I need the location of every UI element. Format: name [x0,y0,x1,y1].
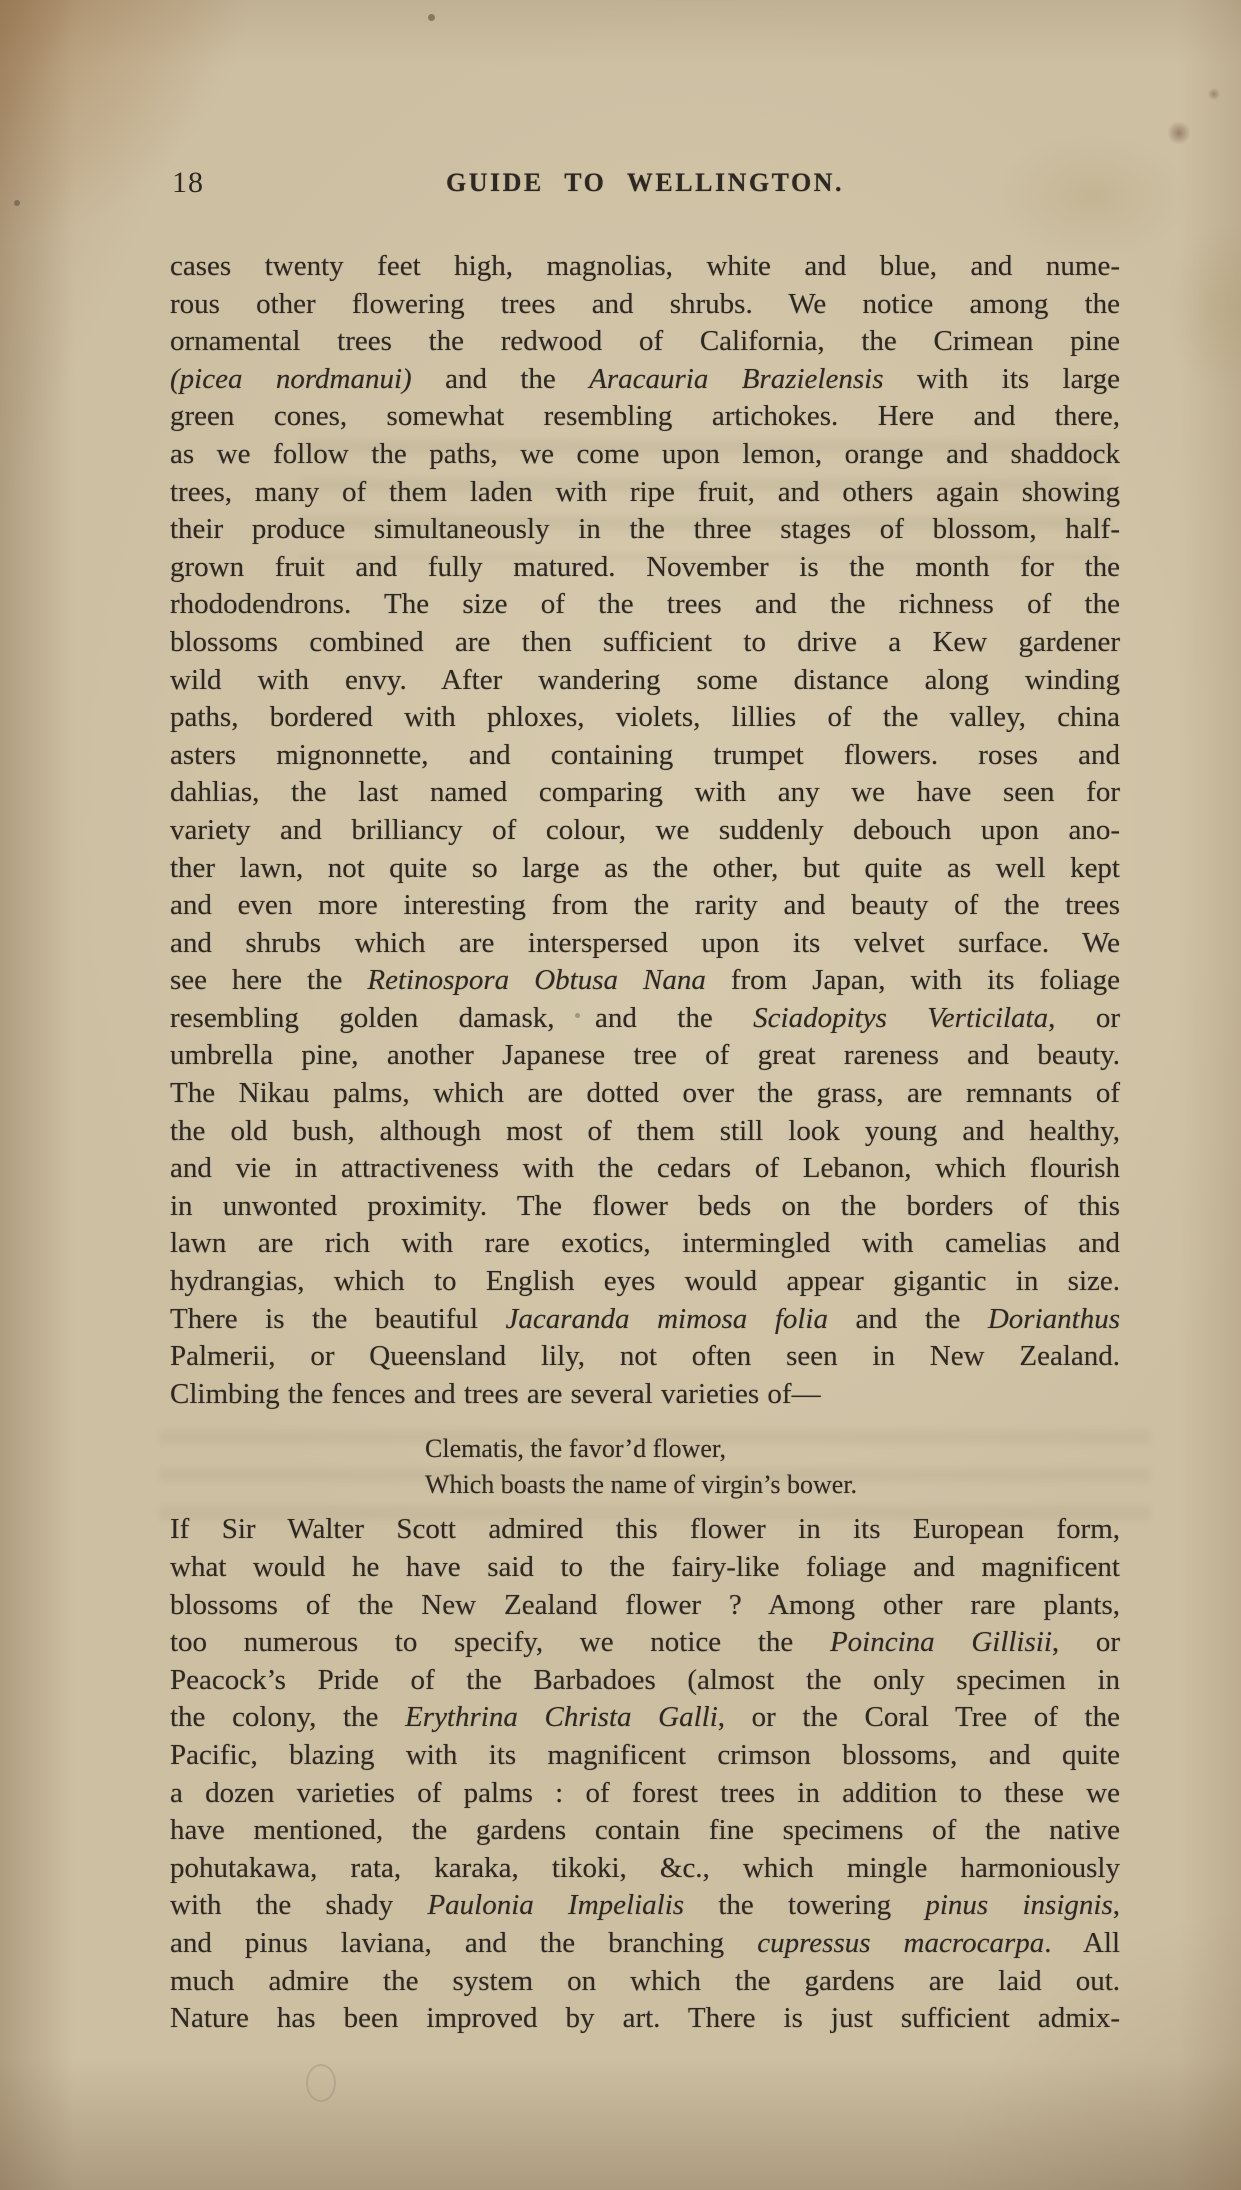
text-line: Nature has been improved by art. There i… [170,2000,1120,2038]
text-line: and vie in attractiveness with the cedar… [170,1150,1120,1188]
text-line: and pinus laviana, and the branching cup… [170,1925,1120,1963]
text-line: in unwonted proximity. The flower beds o… [170,1188,1120,1226]
text-segment: Nature has been improved by art. There i… [170,2002,1120,2034]
text-segment: with its large [883,363,1120,395]
text-line: with the shady Paulonia Impelialis the t… [170,1887,1120,1925]
text-line: variety and brilliancy of colour, we sud… [170,812,1120,850]
paper-speck [14,200,20,206]
text-line: pohutakawa, rata, karaka, tikoki, &c., w… [170,1850,1120,1888]
text-line: Peacock’s Pride of the Barbadoes (almost… [170,1662,1120,1700]
text-line: There is the beautiful Jacaranda mimosa … [170,1301,1120,1339]
latin-name-italic: Aracauria Brazielensis [589,363,883,395]
text-segment: cases twenty feet high, magnolias, white… [170,250,1120,282]
text-segment: blossoms of the New Zealand flower ? Amo… [170,1589,1120,1621]
text-line: dahlias, the last named comparing with a… [170,774,1120,812]
text-line: cases twenty feet high, magnolias, white… [170,248,1120,286]
text-line: see here the Retinospora Obtusa Nana fro… [170,962,1120,1000]
text-segment: green cones, somewhat resembling articho… [170,400,1120,432]
text-line: much admire the system on which the gard… [170,1963,1120,2001]
text-segment: asters mignonnette, and containing trump… [170,739,1120,771]
text-line: the colony, the Erythrina Christa Galli,… [170,1699,1120,1737]
text-line: what would he have said to the fairy-lik… [170,1549,1120,1587]
text-segment: variety and brilliancy of colour, we sud… [170,814,1120,846]
text-line: as we follow the paths, we come upon lem… [170,436,1120,474]
text-segment: too numerous to specify, we notice the [170,1626,830,1658]
text-segment: rous other flowering trees and shrubs. W… [170,288,1120,320]
text-segment: wild with envy. After wandering some dis… [170,664,1120,696]
text-segment: . All [1044,1927,1120,1959]
text-segment: from Japan, with its foliage [706,964,1120,996]
paragraph-block: If Sir Walter Scott admired this flower … [170,1511,1120,2037]
paragraph-block: cases twenty feet high, magnolias, white… [170,248,1120,1413]
text-segment: much admire the system on which the gard… [170,1965,1120,1997]
text-line: their produce simultaneously in the thre… [170,511,1120,549]
text-segment: paths, bordered with phloxes, violets, l… [170,701,1120,733]
latin-name-italic: Dorianthus [988,1303,1120,1335]
text-segment: the colony, the [170,1701,405,1733]
text-line: paths, bordered with phloxes, violets, l… [170,699,1120,737]
text-line: Palmerii, or Queensland lily, not often … [170,1338,1120,1376]
text-line: lawn are rich with rare exotics, intermi… [170,1225,1120,1263]
text-line: The Nikau palms, which are dotted over t… [170,1075,1120,1113]
text-line: Clematis, the favor’d flower, [425,1431,1120,1467]
text-segment: and vie in attractiveness with the cedar… [170,1152,1120,1184]
text-line: ther lawn, not quite so large as the oth… [170,850,1120,888]
text-segment: and the [828,1303,988,1335]
text-line: wild with envy. After wandering some dis… [170,662,1120,700]
text-line: hydrangias, which to English eyes would … [170,1263,1120,1301]
text-segment: the towering [684,1889,925,1921]
text-line: and even more interesting from the rarit… [170,887,1120,925]
latin-name-italic: cupressus macrocarpa [757,1927,1044,1959]
paper-speck [428,14,435,21]
text-segment: ornamental trees the redwood of Californ… [170,325,1120,357]
text-segment: Pacific, blazing with its magnificent cr… [170,1739,1120,1771]
text-segment: see here the [170,964,367,996]
text-line: too numerous to specify, we notice the P… [170,1624,1120,1662]
text-line: asters mignonnette, and containing trump… [170,737,1120,775]
text-segment: blossoms combined are then sufficient to… [170,626,1120,658]
text-segment: Climbing the fences and trees are severa… [170,1378,821,1410]
latin-name-italic: Sciadopitys Verticilata [753,1002,1048,1034]
text-segment: The Nikau palms, which are dotted over t… [170,1077,1120,1109]
text-segment: lawn are rich with rare exotics, intermi… [170,1227,1120,1259]
text-line: and shrubs which are interspersed upon i… [170,925,1120,963]
text-segment: the old bush, although most of them stil… [170,1115,1120,1147]
ring-mark [306,2064,336,2102]
text-segment: ther lawn, not quite so large as the oth… [170,852,1120,884]
verse-block: Clematis, the favor’d flower,Which boast… [425,1431,1120,1503]
text-line: rhododendrons. The size of the trees and… [170,586,1120,624]
scanned-book-page: { "page": { "number": "18", "title": "GU… [0,0,1241,2190]
text-line: trees, many of them laden with ripe frui… [170,474,1120,512]
text-segment: resembling golden damask, and the [170,1002,753,1034]
text-line: have mentioned, the gardens contain fine… [170,1812,1120,1850]
page-header: 18 GUIDE TO WELLINGTON. [170,166,1120,202]
text-segment: , [1113,1889,1120,1921]
text-line: green cones, somewhat resembling articho… [170,398,1120,436]
text-segment: as we follow the paths, we come upon lem… [170,438,1120,470]
text-segment: , or [1048,1002,1120,1034]
text-segment: grown fruit and fully matured. November … [170,551,1120,583]
text-segment: , or [1052,1626,1120,1658]
text-segment: pohutakawa, rata, karaka, tikoki, &c., w… [170,1852,1120,1884]
text-segment: Which boasts the name of virgin’s bower. [425,1470,857,1499]
text-line: blossoms of the New Zealand flower ? Amo… [170,1587,1120,1625]
text-line: grown fruit and fully matured. November … [170,549,1120,587]
latin-name-italic: Erythrina Christa Galli [405,1701,718,1733]
text-line: ornamental trees the redwood of Californ… [170,323,1120,361]
text-segment: There is the beautiful [170,1303,506,1335]
latin-name-italic: Poincina Gillisii [830,1626,1052,1658]
text-segment: If Sir Walter Scott admired this flower … [170,1513,1120,1545]
text-segment: trees, many of them laden with ripe frui… [170,476,1120,508]
text-segment: a dozen varieties of palms : of forest t… [170,1777,1120,1809]
text-segment: Palmerii, or Queensland lily, not often … [170,1340,1120,1372]
latin-name-italic: pinus insignis [925,1889,1112,1921]
text-segment: what would he have said to the fairy-lik… [170,1551,1120,1583]
latin-name-italic: Paulonia Impelialis [427,1889,684,1921]
text-segment: in unwonted proximity. The flower beds o… [170,1190,1120,1222]
text-line: (picea nordmanui) and the Aracauria Braz… [170,361,1120,399]
text-line: If Sir Walter Scott admired this flower … [170,1511,1120,1549]
text-segment: their produce simultaneously in the thre… [170,513,1120,545]
text-line: the old bush, although most of them stil… [170,1113,1120,1151]
text-segment: have mentioned, the gardens contain fine… [170,1814,1120,1846]
foxing-stain [1208,88,1220,100]
text-segment: dahlias, the last named comparing with a… [170,776,1120,808]
text-segment: and even more interesting from the rarit… [170,889,1120,921]
text-line: blossoms combined are then sufficient to… [170,624,1120,662]
text-line: Pacific, blazing with its magnificent cr… [170,1737,1120,1775]
text-line: a dozen varieties of palms : of forest t… [170,1775,1120,1813]
latin-name-italic: (picea nordmanui) [170,363,412,395]
text-segment: and shrubs which are interspersed upon i… [170,927,1120,959]
running-title: GUIDE TO WELLINGTON. [170,168,1120,198]
text-segment: rhododendrons. The size of the trees and… [170,588,1120,620]
text-segment: with the shady [170,1889,427,1921]
text-segment: umbrella pine, another Japanese tree of … [170,1039,1120,1071]
text-line: rous other flowering trees and shrubs. W… [170,286,1120,324]
text-segment: hydrangias, which to English eyes would … [170,1265,1120,1297]
text-segment: , or the Coral Tree of the [718,1701,1120,1733]
latin-name-italic: Jacaranda mimosa folia [506,1303,828,1335]
text-line: resembling golden damask, and the Sciado… [170,1000,1120,1038]
body-text-column: cases twenty feet high, magnolias, white… [170,248,1120,2038]
text-segment: and the [412,363,589,395]
foxing-stain [1168,120,1190,146]
text-segment: Peacock’s Pride of the Barbadoes (almost… [170,1664,1120,1696]
text-line: Which boasts the name of virgin’s bower. [425,1467,1120,1503]
text-segment: Clematis, the favor’d flower, [425,1434,726,1463]
latin-name-italic: Retinospora Obtusa Nana [367,964,705,996]
text-segment: and pinus laviana, and the branching [170,1927,757,1959]
text-line: Climbing the fences and trees are severa… [170,1376,1120,1414]
text-line: umbrella pine, another Japanese tree of … [170,1037,1120,1075]
